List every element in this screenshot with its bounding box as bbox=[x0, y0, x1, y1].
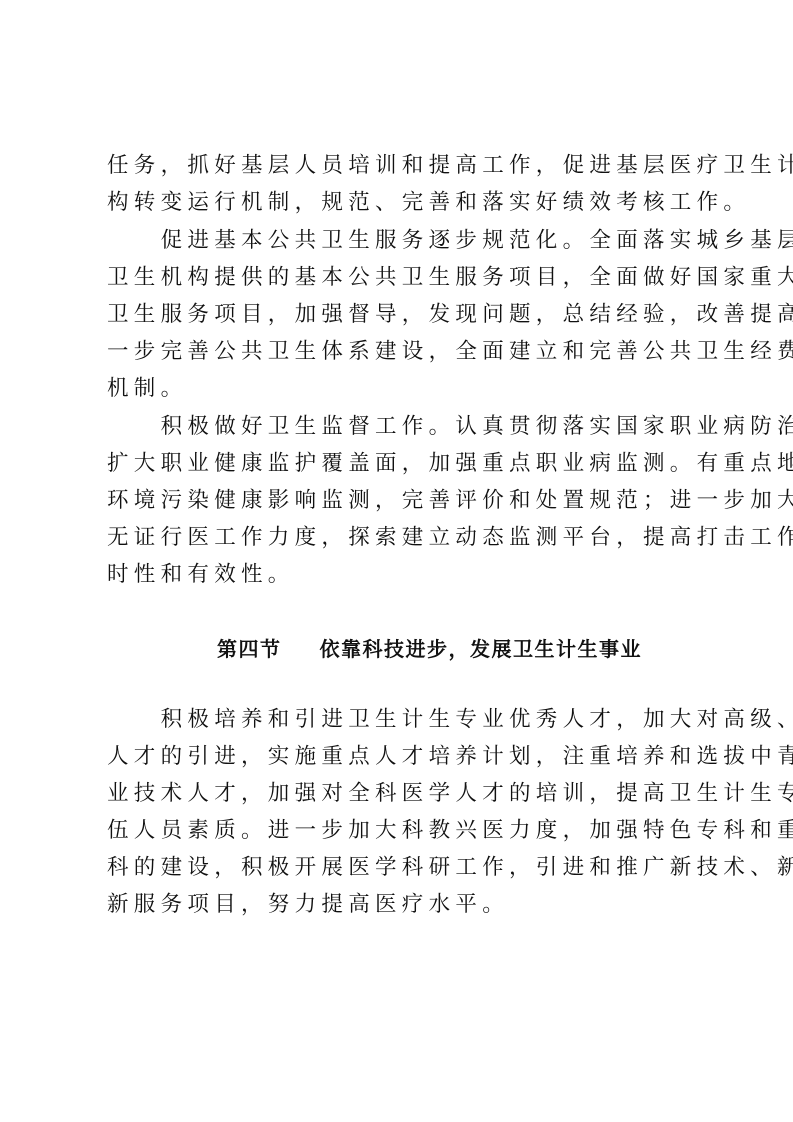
text-line: 卫生服务项目，加强督导，发现问题，总结经验，改善提高。进 bbox=[107, 300, 793, 330]
text-line: 新服务项目，努力提高医疗水平。 bbox=[107, 890, 509, 920]
text-line: 构转变运行机制，规范、完善和落实好绩效考核工作。 bbox=[107, 188, 750, 218]
text-line: 积极培养和引进卫生计生专业优秀人才，加大对高级、急需 bbox=[107, 705, 793, 735]
section-heading: 第四节依靠科技进步，发展卫生计生事业 bbox=[217, 634, 642, 664]
text-line: 业技术人才，加强对全科医学人才的培训，提高卫生计生专业队 bbox=[107, 779, 793, 809]
section-number: 第四节 bbox=[217, 637, 282, 661]
text-line: 积极做好卫生监督工作。认真贯彻落实国家职业病防治规划， bbox=[107, 412, 793, 442]
text-line: 任务，抓好基层人员培训和提高工作，促进基层医疗卫生计生机 bbox=[107, 151, 793, 181]
text-line: 人才的引进，实施重点人才培养计划，注重培养和选拔中青年专 bbox=[107, 742, 793, 772]
text-line: 机制。 bbox=[107, 374, 187, 404]
section-title: 依靠科技进步，发展卫生计生事业 bbox=[320, 637, 643, 661]
text-line: 伍人员素质。进一步加大科教兴医力度，加强特色专科和重点学 bbox=[107, 816, 793, 846]
text-line: 科的建设，积极开展医学科研工作，引进和推广新技术、新设备、 bbox=[107, 853, 793, 883]
text-line: 环境污染健康影响监测，完善评价和处置规范；进一步加大打击 bbox=[107, 486, 793, 516]
text-line: 卫生机构提供的基本公共卫生服务项目，全面做好国家重大公共 bbox=[107, 263, 793, 293]
text-line: 一步完善公共卫生体系建设，全面建立和完善公共卫生经费保障 bbox=[107, 337, 793, 367]
text-line: 促进基本公共卫生服务逐步规范化。全面落实城乡基层医疗 bbox=[107, 226, 793, 256]
document-page: 任务，抓好基层人员培训和提高工作，促进基层医疗卫生计生机 构转变运行机制，规范、… bbox=[0, 0, 793, 1122]
text-line: 时性和有效性。 bbox=[107, 560, 295, 590]
text-line: 无证行医工作力度，探索建立动态监测平台，提高打击工作的及 bbox=[107, 523, 793, 553]
text-line: 扩大职业健康监护覆盖面，加强重点职业病监测。有重点地开展 bbox=[107, 449, 793, 479]
